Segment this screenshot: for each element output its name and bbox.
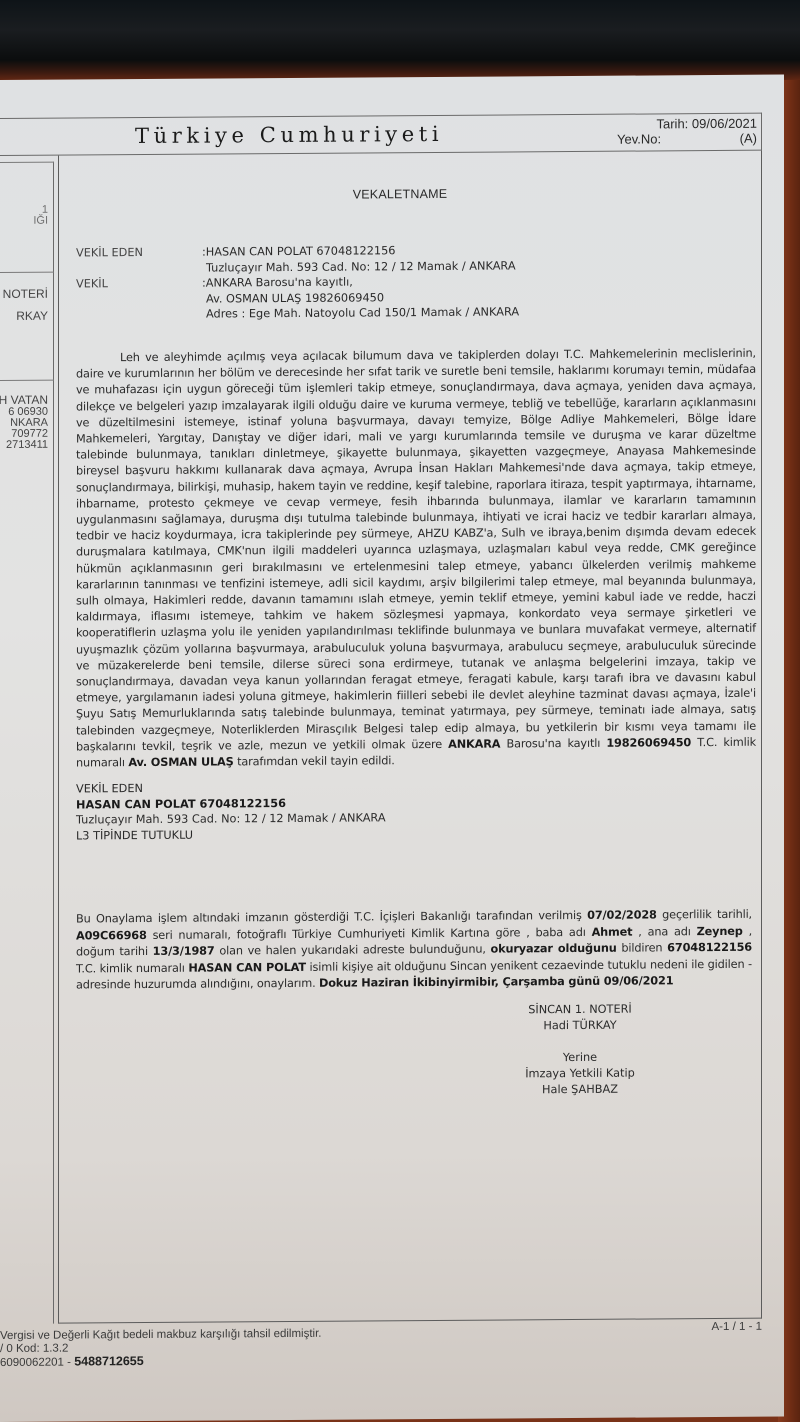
signature-address: Tuzluçayır Mah. 593 Cad. No: 12 / 12 Mam… xyxy=(76,810,386,828)
side-text: 2713411 xyxy=(6,440,48,451)
attorney-address: Adres : Ege Mah. Natoyolu Cad 150/1 Mama… xyxy=(206,304,519,322)
yevno-label: Yev.No: xyxy=(617,131,661,146)
side-section-2: NOTERİ RKAY xyxy=(0,272,54,381)
grantor-address: Tuzluçayır Mah. 593 Cad. No: 12 / 12 Mam… xyxy=(206,258,516,276)
grantor-signature-block: VEKİL EDEN HASAN CAN POLAT 67048122156 T… xyxy=(76,779,386,843)
footer-number: 5488712655 xyxy=(74,1354,144,1368)
date-label: Tarih: xyxy=(657,116,689,131)
side-text: NOTERİ xyxy=(3,289,48,300)
document-footer: Vergisi ve Değerli Kağıt bedeli makbuz k… xyxy=(0,1328,322,1370)
grantor-label: VEKİL EDEN xyxy=(76,245,206,261)
header-title: Türkiye Cumhuriyeti xyxy=(135,122,443,148)
yevno-value: (A) xyxy=(740,131,757,146)
attorney-bar: :ANKARA Barosu'na kayıtlı, xyxy=(202,275,353,292)
side-text: RKAY xyxy=(16,311,48,322)
side-text: H VATAN xyxy=(0,395,48,406)
document-header: Türkiye Cumhuriyeti Tarih: 09/06/2021 Ye… xyxy=(0,113,762,156)
notary-document-page: Türkiye Cumhuriyeti Tarih: 09/06/2021 Ye… xyxy=(0,75,784,1422)
page-reference: A-1 / 1 - 1 xyxy=(712,1321,763,1333)
notary-name: Hadi TÜRKAY xyxy=(470,1017,690,1035)
side-section-1: 1 IĞI xyxy=(0,162,54,273)
signature-status: L3 TİPİNDE TUTUKLU xyxy=(76,826,386,844)
side-panel: 1 IĞI NOTERİ RKAY H VATAN 6 06930 NKARA … xyxy=(0,162,54,1324)
side-section-3: H VATAN 6 06930 NKARA 709772 2713411 xyxy=(0,380,54,1325)
notary-clerk-name: Hale ŞAHBAZ xyxy=(470,1081,690,1099)
notary-signature-block: SİNCAN 1. NOTERİ Hadi TÜRKAY Yerine İmza… xyxy=(470,1001,690,1099)
grantor-name: :HASAN CAN POLAT 67048122156 xyxy=(202,243,396,260)
footer-number-prefix: 6090062201 - xyxy=(0,1356,74,1369)
header-meta: Tarih: 09/06/2021 Yev.No: (A) xyxy=(617,116,757,147)
power-of-attorney-text: Leh ve aleyhimde açılmış veya açılacak b… xyxy=(76,346,756,772)
notary-clerk-role: İmzaya Yetkili Katip xyxy=(470,1065,690,1083)
notary-office: SİNCAN 1. NOTERİ xyxy=(470,1001,690,1019)
date-value: 09/06/2021 xyxy=(692,116,757,131)
attorney-label: VEKİL xyxy=(76,276,206,292)
side-text: IĞI xyxy=(33,216,48,227)
attorney-name: Av. OSMAN ULAŞ 19826069450 xyxy=(206,290,384,307)
tax-note: Vergisi ve Değerli Kağıt bedeli makbuz k… xyxy=(0,1328,322,1343)
notary-approval-text: Bu Onaylama işlem altındaki imzanın göst… xyxy=(76,907,752,995)
notary-on-behalf: Yerine xyxy=(470,1049,690,1067)
